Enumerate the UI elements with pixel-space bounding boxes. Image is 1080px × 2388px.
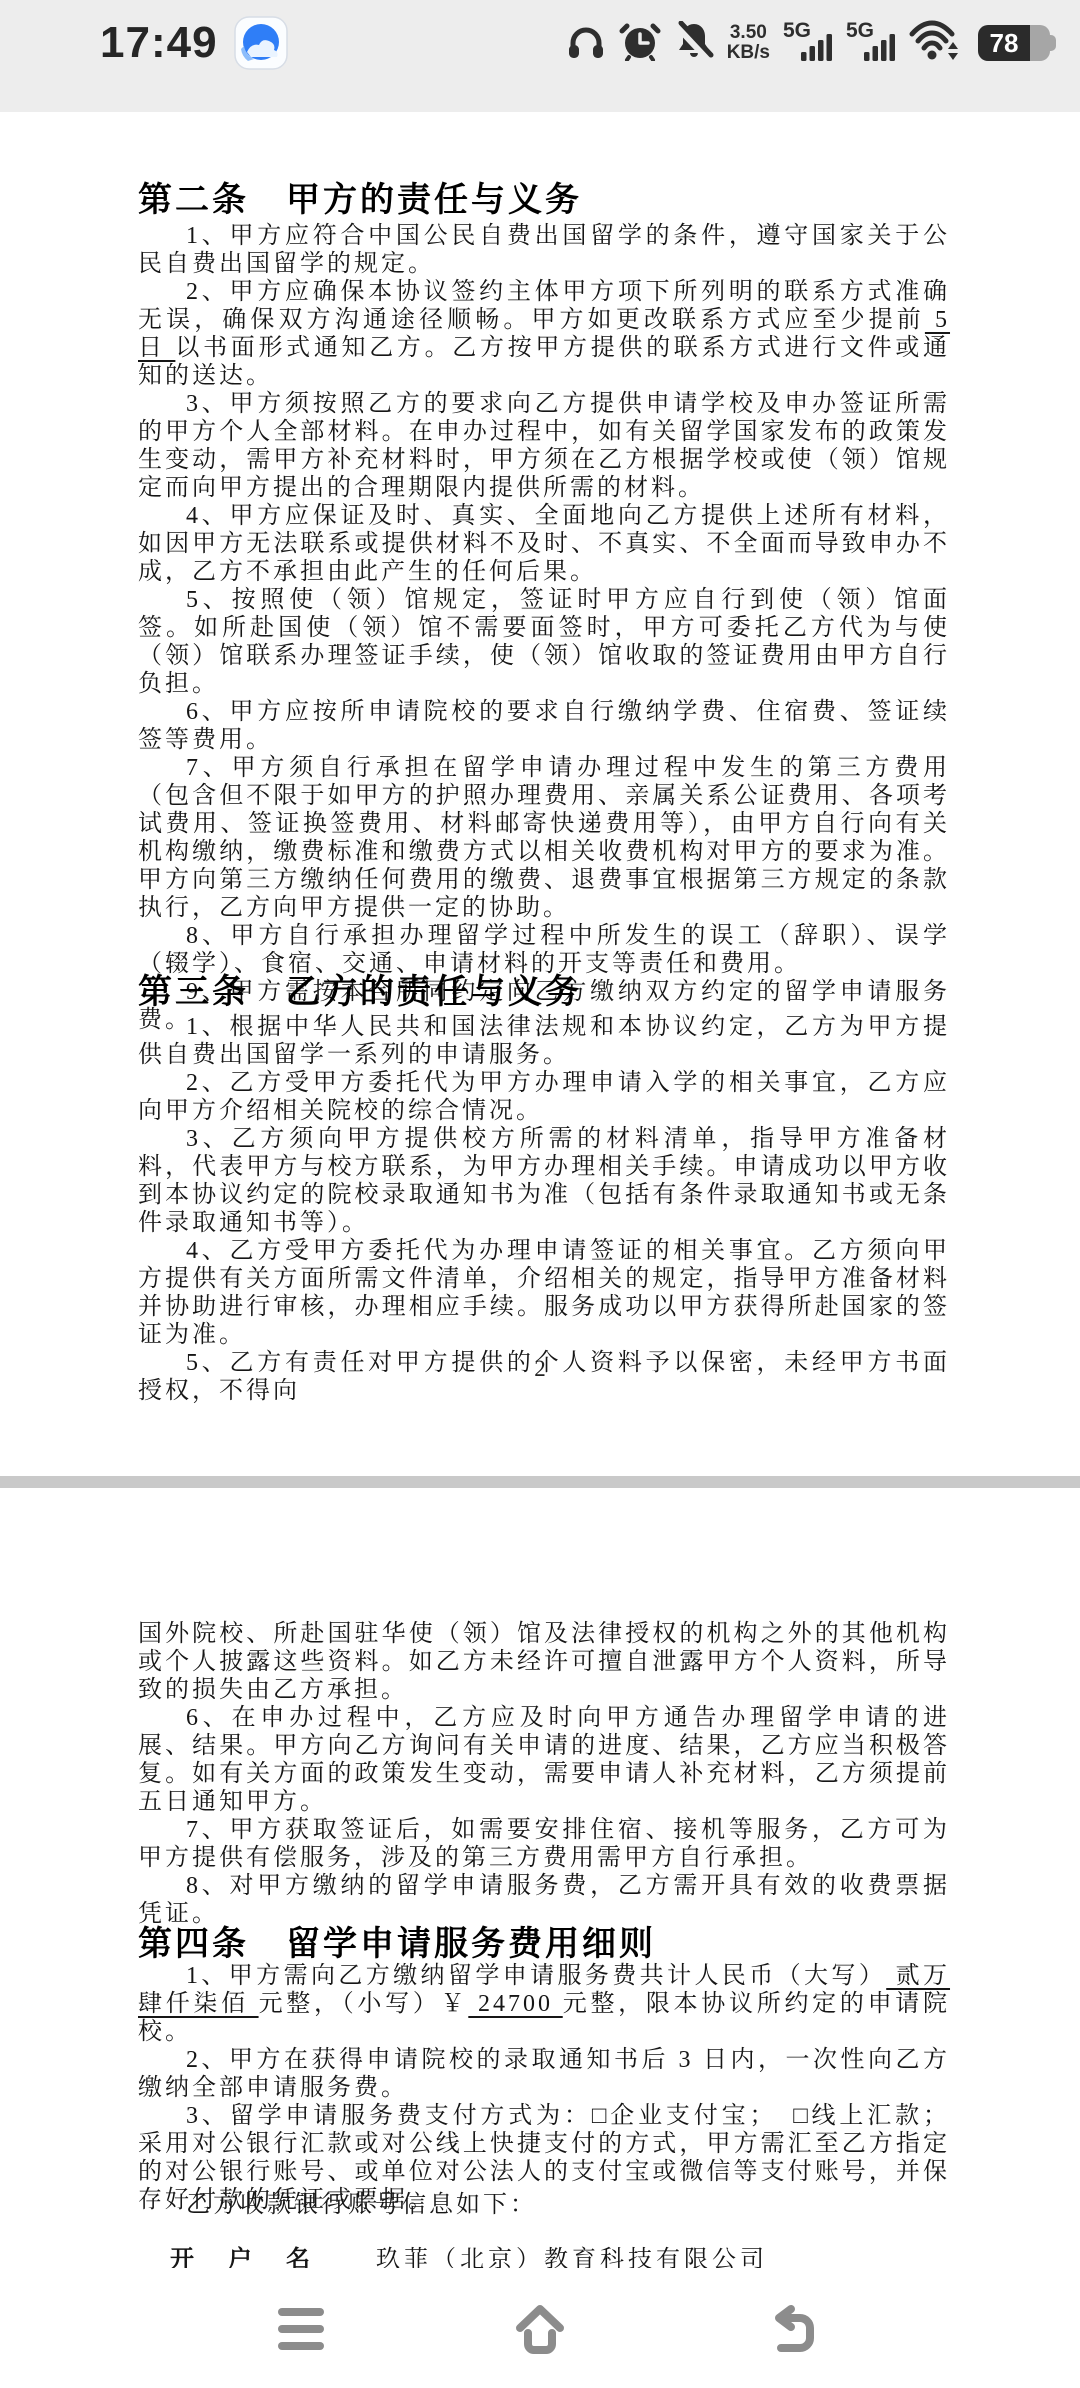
contract-paragraph: 5、按照使（领）馆规定，签证时甲方应自行到使（领）馆面签。如所赴国使（领）馆不需… bbox=[138, 586, 950, 698]
contract-paragraph: 6、在申办过程中，乙方应及时向甲方通告办理留学申请的进展、结果。甲方向乙方询问有… bbox=[138, 1704, 950, 1816]
contract-paragraph: 2、甲方应确保本协议签约主体甲方项下所列明的联系方式准确无误，确保双方沟通途径顺… bbox=[138, 278, 950, 390]
mute-bell-slash-icon bbox=[674, 21, 714, 66]
amount-in-figures: 24700 bbox=[468, 1991, 562, 2017]
status-time: 17:49 bbox=[100, 18, 218, 68]
contract-paragraph: 3、甲方须按照乙方的要求向乙方提供申请学校及申办签证所需的甲方个人全部材料。在申… bbox=[138, 390, 950, 502]
section4-heading: 第四条 留学申请服务费用细则 bbox=[138, 1916, 656, 1965]
battery-level: 78 bbox=[978, 25, 1030, 61]
contract-paragraph: 2、乙方受甲方委托代为甲方办理申请入学的相关事宜，乙方应向甲方介绍相关院校的综合… bbox=[138, 1069, 950, 1125]
back-icon bbox=[763, 2302, 819, 2359]
back-button[interactable] bbox=[762, 2300, 820, 2360]
section2-body: 1、甲方应符合中国公民自费出国留学的条件，遵守国家关于公民自费出国留学的规定。 … bbox=[138, 222, 950, 1034]
contract-paragraph: 6、甲方应按所申请院校的要求自行缴纳学费、住宿费、签证续签等费用。 bbox=[138, 698, 950, 754]
contract-paragraph: 国外院校、所赴国驻华使（领）馆及法律授权的机构之外的其他机构或个人披露这些资料。… bbox=[138, 1620, 950, 1704]
network-speed-value: 3.50 bbox=[730, 23, 767, 43]
account-name-label: 开 户 名 bbox=[170, 2247, 324, 2268]
menu-icon bbox=[274, 2304, 328, 2357]
status-bar: 17:49 bbox=[0, 0, 1080, 112]
network-speed-unit: KB/s bbox=[727, 43, 770, 63]
status-icons: 3.50 KB/s 5G 5G bbox=[566, 20, 1050, 67]
navigation-bar bbox=[0, 2290, 1080, 2388]
signal-sim1: 5G bbox=[783, 20, 833, 66]
phone-screen: 17:49 bbox=[0, 0, 1080, 2388]
contract-paragraph: 1、根据中华人民共和国法律法规和本协议约定，乙方为甲方提供自费出国留学一系列的申… bbox=[138, 1013, 950, 1069]
contract-paragraph: 1、甲方需向乙方缴纳留学申请服务费共计人民币（大写） 贰万肆仟柒佰 元整，（小写… bbox=[138, 1962, 950, 2046]
headphones-icon bbox=[566, 22, 606, 65]
battery-remainder bbox=[1030, 25, 1050, 61]
contract-paragraph: 1、甲方应符合中国公民自费出国留学的条件，遵守国家关于公民自费出国留学的规定。 bbox=[138, 222, 950, 278]
document-page-2: 国外院校、所赴国驻华使（领）馆及法律授权的机构之外的其他机构或个人披露这些资料。… bbox=[0, 1488, 1080, 2268]
contract-paragraph: 7、甲方须自行承担在留学申请办理过程中发生的第三方费用（包含但不限于如甲方的护照… bbox=[138, 754, 950, 922]
document-page-1: 第二条 甲方的责任与义务 1、甲方应符合中国公民自费出国留学的条件，遵守国家关于… bbox=[0, 112, 1080, 1476]
account-name-row: 开 户 名玖菲（北京）教育科技有限公司 bbox=[170, 2246, 768, 2268]
account-name-value: 玖菲（北京）教育科技有限公司 bbox=[376, 2247, 768, 2268]
contract-paragraph: 3、乙方须向甲方提供校方所需的材料清单，指导甲方准备材料，代表甲方与校方联系，为… bbox=[138, 1125, 950, 1237]
menu-button[interactable] bbox=[272, 2300, 330, 2360]
contract-paragraph: 2、甲方在获得申请院校的录取通知书后 3 日内，一次性向乙方缴纳全部申请服务费。 bbox=[138, 2046, 950, 2102]
document-scroll-area[interactable]: 第二条 甲方的责任与义务 1、甲方应符合中国公民自费出国留学的条件，遵守国家关于… bbox=[0, 112, 1080, 2290]
home-button[interactable] bbox=[511, 2300, 569, 2360]
signal-sim2: 5G bbox=[846, 20, 896, 66]
alarm-icon bbox=[619, 21, 661, 66]
sim1-signal-bars-icon bbox=[801, 31, 833, 66]
battery-indicator: 78 bbox=[978, 25, 1050, 61]
section2-heading: 第二条 甲方的责任与义务 bbox=[138, 172, 582, 221]
network-speed: 3.50 KB/s bbox=[727, 23, 770, 63]
wifi-icon bbox=[909, 20, 961, 67]
browser-app-icon bbox=[234, 16, 288, 70]
contract-paragraph: 4、乙方受甲方委托代为办理申请签证的相关事宜。乙方须向甲方提供有关方面所需文件清… bbox=[138, 1237, 950, 1349]
section3-heading: 第三条 乙方的责任与义务 bbox=[138, 964, 582, 1013]
section3-body-continued: 国外院校、所赴国驻华使（领）馆及法律授权的机构之外的其他机构或个人披露这些资料。… bbox=[138, 1620, 950, 1928]
page-number: 2 bbox=[0, 1356, 1080, 1382]
page-gap bbox=[0, 1476, 1080, 1488]
battery-tip bbox=[1049, 35, 1056, 51]
contract-paragraph: 4、甲方应保证及时、真实、全面地向乙方提供上述所有材料，如因甲方无法联系或提供材… bbox=[138, 502, 950, 586]
sim2-signal-bars-icon bbox=[864, 31, 896, 66]
section4-body: 1、甲方需向乙方缴纳留学申请服务费共计人民币（大写） 贰万肆仟柒佰 元整，（小写… bbox=[138, 1962, 950, 2214]
section3-body: 1、根据中华人民共和国法律法规和本协议约定，乙方为甲方提供自费出国留学一系列的申… bbox=[138, 1013, 950, 1405]
home-icon bbox=[511, 2300, 569, 2361]
contract-paragraph: 7、甲方获取签证后，如需要安排住宿、接机等服务，乙方可为甲方提供有偿服务，涉及的… bbox=[138, 1816, 950, 1872]
bank-info-label: 乙方收款银行账号信息如下： bbox=[138, 2191, 950, 2219]
